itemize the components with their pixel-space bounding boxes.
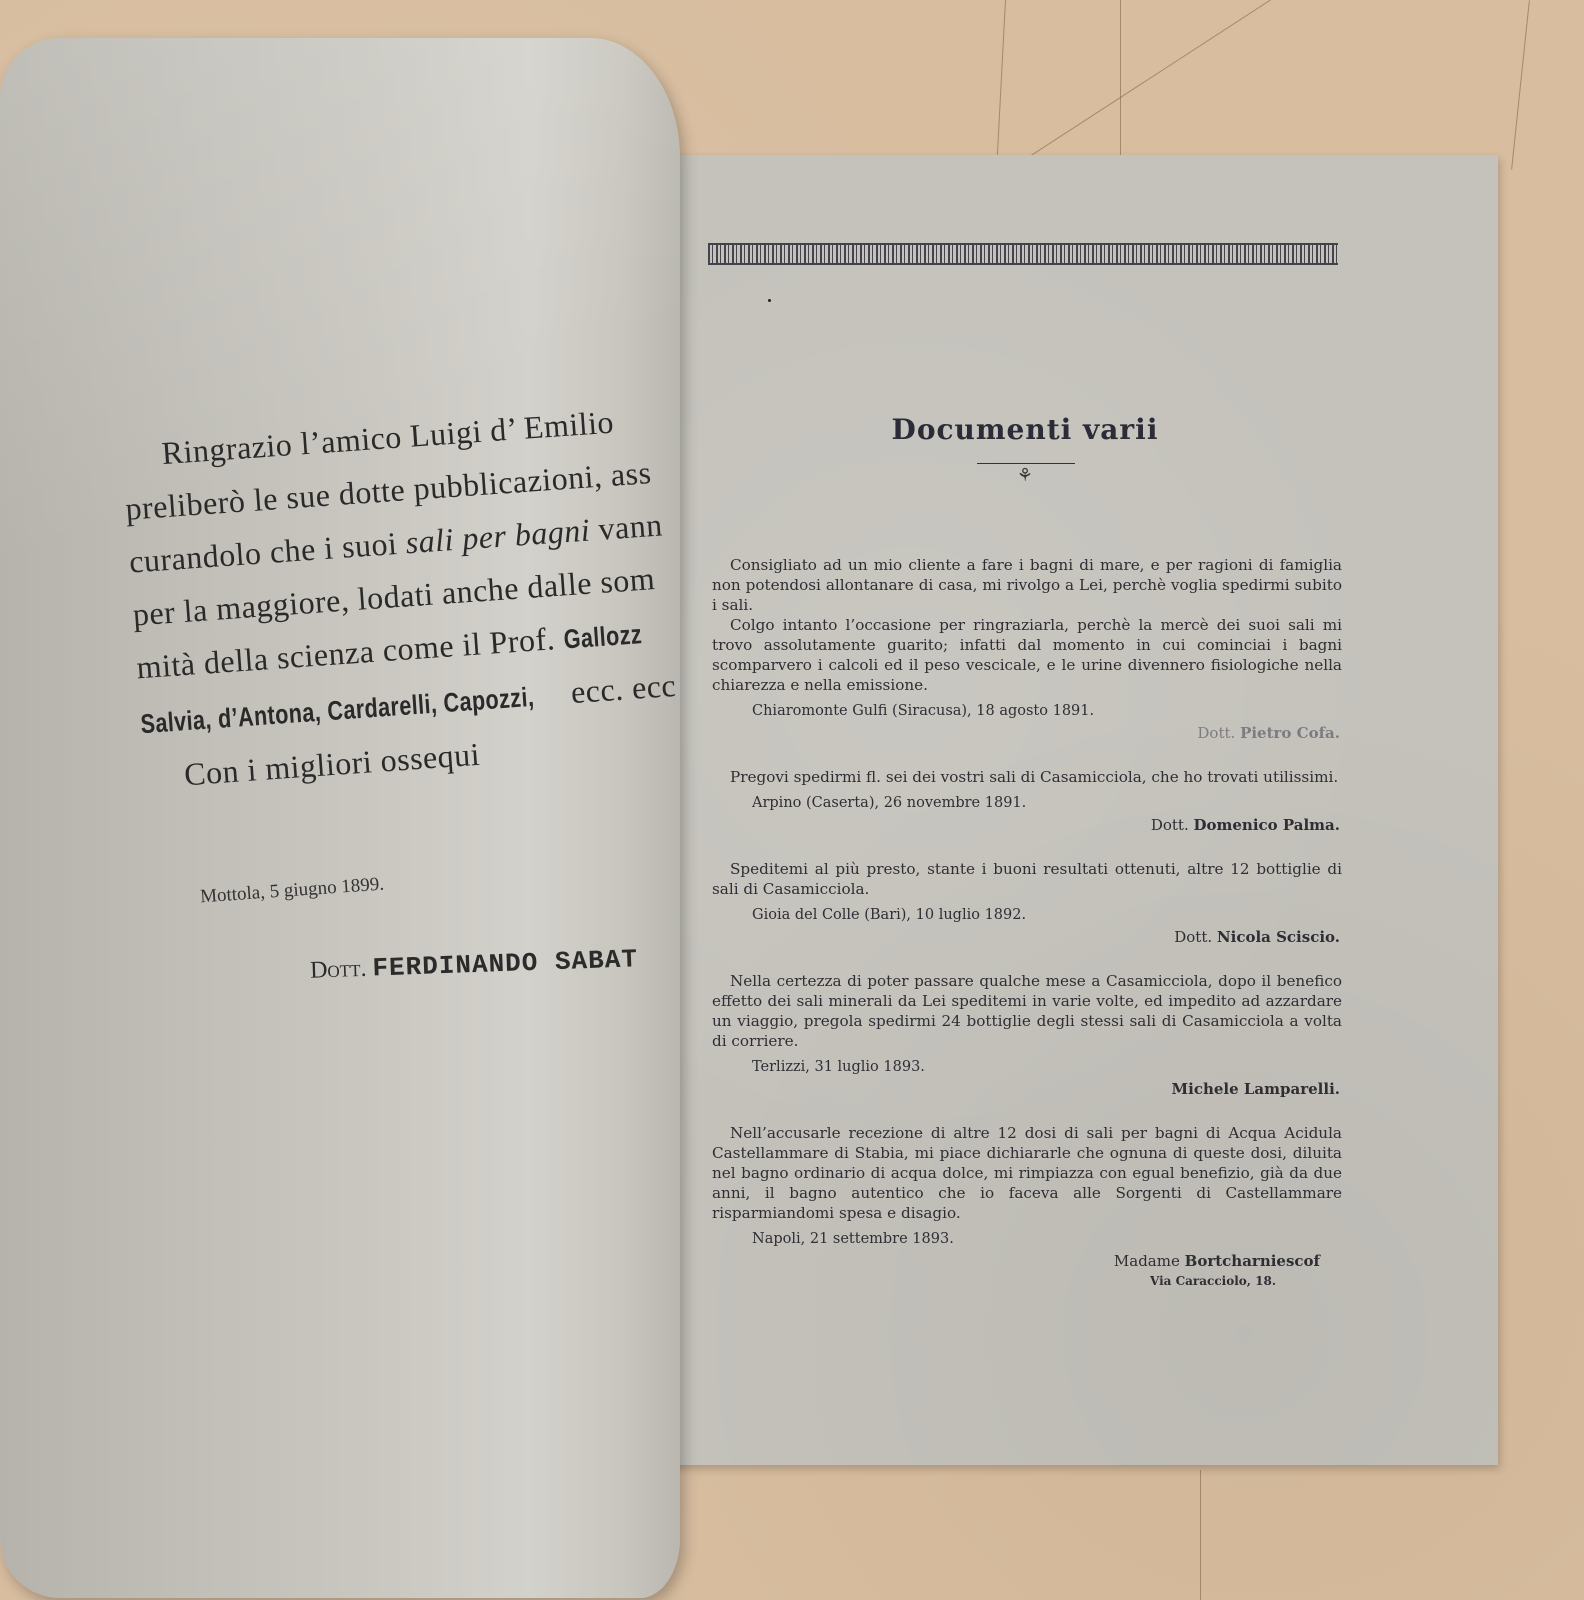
- letter-place-date: Arpino (Caserta), 26 novembre 1891.: [752, 793, 1342, 813]
- letter-place-date: Gioia del Colle (Bari), 10 luglio 1892.: [752, 905, 1342, 925]
- decorative-border-icon: [708, 243, 1338, 265]
- letter-paragraph: Pregovi spedirmi fl. sei dei vostri sali…: [712, 767, 1342, 787]
- signer-title: Madame: [1114, 1252, 1180, 1270]
- letter-4: Nella certezza di poter passare qualche …: [712, 971, 1342, 1099]
- ink-speck: [768, 299, 771, 302]
- letter-2: Pregovi spedirmi fl. sei dei vostri sali…: [712, 767, 1342, 835]
- signature-title: Dott.: [310, 956, 367, 984]
- left-page-text: Ringrazio l’amico Luigi d’ Emilio prelib…: [120, 385, 785, 804]
- letter-signature: Dott. Domenico Palma.: [712, 815, 1342, 835]
- letter-1: Consigliato ad un mio cliente a fare i b…: [712, 555, 1342, 743]
- title-rule: [977, 463, 1075, 464]
- fleuron-icon: ⚘: [1015, 465, 1035, 486]
- signer-title: Dott.: [1174, 928, 1212, 946]
- letter-signature: Dott. Pietro Cofa.: [712, 723, 1342, 743]
- letter-place-date: Terlizzi, 31 luglio 1893.: [752, 1057, 1342, 1077]
- page-title: Documenti varii: [655, 413, 1395, 446]
- letter-place-date: Chiaromonte Gulfi (Siracusa), 18 agosto …: [752, 701, 1342, 721]
- floor-seam: [997, 0, 1006, 160]
- signer-name: Bortcharniescof: [1185, 1252, 1320, 1270]
- signer-name: Domenico Palma.: [1194, 816, 1341, 834]
- floor-seam: [1200, 1470, 1201, 1600]
- signer-name: Nicola Sciscio.: [1217, 928, 1340, 946]
- letter-signature: Dott. Nicola Sciscio.: [712, 927, 1342, 947]
- italic-phrase: sali per bagni: [404, 512, 591, 561]
- signer-name: Pietro Cofa.: [1240, 724, 1340, 742]
- letter-paragraph: Consigliato ad un mio cliente a fare i b…: [712, 555, 1342, 615]
- letter-paragraph: Speditemi al più presto, stante i buoni …: [712, 859, 1342, 899]
- signer-title: Dott.: [1151, 816, 1189, 834]
- floor-seam: [1511, 0, 1530, 169]
- signer-address: Via Caracciolo, 18.: [712, 1271, 1342, 1291]
- letters-list: Consigliato ad un mio cliente a fare i b…: [712, 555, 1342, 1291]
- letter-paragraph: Nella certezza di poter passare qualche …: [712, 971, 1342, 1051]
- bold-name: Gallozz: [562, 608, 644, 666]
- right-page: Documenti varii ⚘ Consigliato ad un mio …: [655, 155, 1498, 1465]
- line-text: vann: [589, 506, 664, 547]
- letter-5: Nell’accusarle recezione di altre 12 dos…: [712, 1123, 1342, 1291]
- letter-signature: Michele Lamparelli.: [712, 1079, 1342, 1099]
- signer-name: Michele Lamparelli.: [1172, 1080, 1340, 1098]
- letter-3: Speditemi al più presto, stante i buoni …: [712, 859, 1342, 947]
- letter-signature: Madame Bortcharniescof: [712, 1251, 1342, 1271]
- left-page: [0, 38, 680, 1598]
- letter-paragraph: Nell’accusarle recezione di altre 12 dos…: [712, 1123, 1342, 1223]
- letter-paragraph: Colgo intanto l’occasione per ringraziar…: [712, 615, 1342, 695]
- line-text: ecc. ecc: [561, 667, 677, 711]
- signer-title: Dott.: [1197, 724, 1235, 742]
- letter-place-date: Napoli, 21 settembre 1893.: [752, 1229, 1342, 1249]
- floor-seam: [1120, 0, 1121, 160]
